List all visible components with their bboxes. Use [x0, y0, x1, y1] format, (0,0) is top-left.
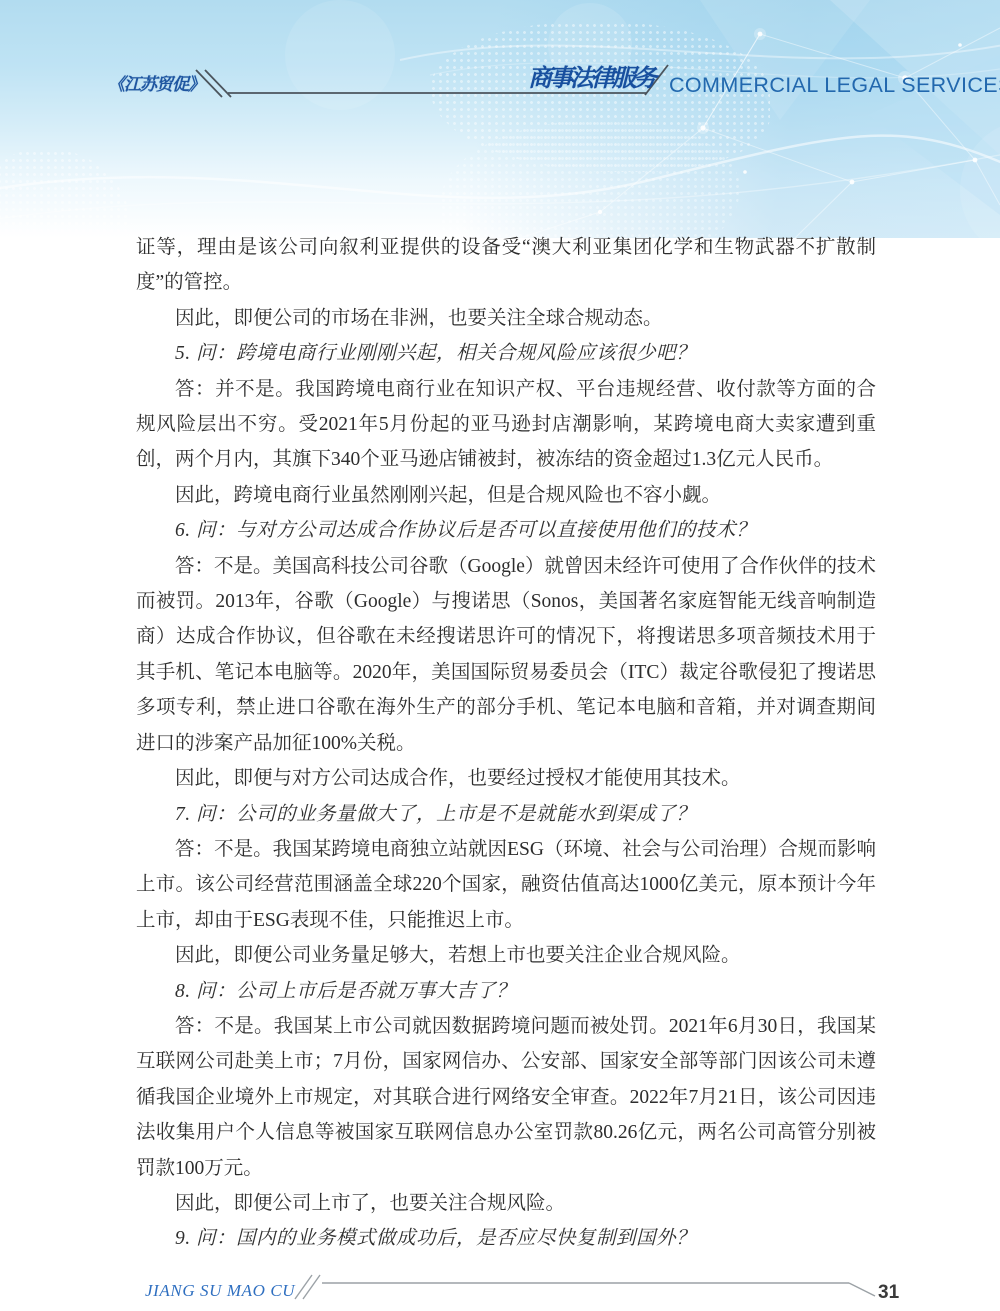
footer-slash-icon: [295, 1275, 312, 1299]
footer-slash-icon: [303, 1275, 320, 1299]
magazine-page: 《江苏贸促》 商事法律服务 COMMERCIAL LEGAL SERVICES …: [0, 0, 1000, 1311]
footer-rule: [0, 0, 1000, 1311]
page-number: 31: [878, 1282, 899, 1304]
footer-backslash-icon: [849, 1283, 875, 1296]
